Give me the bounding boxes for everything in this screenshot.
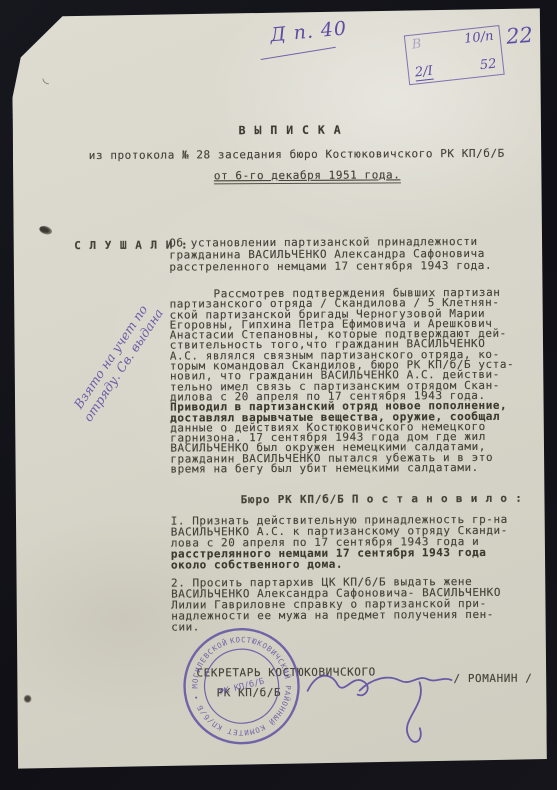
registry-stamp-box: В 10/п 2/I 52 xyxy=(404,25,505,85)
document-title: В Ы П И С К А xyxy=(239,123,342,138)
heard-section-text: Об установлении партизанской принадлежно… xyxy=(169,236,541,275)
case-note-underline-flourish xyxy=(261,47,336,60)
secretary-name: / РОМАНИН / xyxy=(453,672,532,685)
document-date-line: от 6-го декабря 1951 года. xyxy=(214,168,401,184)
registry-box-row-bottom: 2/I 52 xyxy=(414,57,497,82)
stamp-center-text: РК КП/б/Б xyxy=(218,676,265,698)
paper-scuff-mark xyxy=(40,70,57,87)
signature-stroke-3 xyxy=(407,682,422,742)
registry-box-row-top: В 10/п xyxy=(411,29,494,53)
document-page: Д п. 40 В 10/п 2/I 52 22 Взято на учет п… xyxy=(12,8,547,770)
resolution-heading: Бюро РК КП/б/Б П о с т а н о в и л о : xyxy=(241,492,523,506)
resolution-item-1-part1: I. Признать действительную принадлежност… xyxy=(171,514,551,549)
body-paragraph-part3: данные о действиях Костюковичского немец… xyxy=(170,421,542,474)
paper-hole-mark xyxy=(24,694,32,703)
resolution-item-1-part2: расстрелянного немцами 17 сентября 1943 … xyxy=(171,547,551,571)
paper-tear-mark xyxy=(38,224,53,236)
body-paragraph: Рассмотрев подтверждения бывших партизан… xyxy=(169,288,542,475)
registry-bottom-left: 2/I xyxy=(414,64,433,82)
signature-stroke-2 xyxy=(360,677,452,690)
margin-handwriting: Взято на учет по отряду. Св. выдана xyxy=(45,264,189,459)
handwritten-case-note: Д п. 40 xyxy=(269,17,348,46)
registry-top-left: В xyxy=(411,37,422,53)
handwritten-number-22: 22 xyxy=(505,23,533,49)
document-subtitle: из протокола № 28 заседания бюро Костюко… xyxy=(89,147,505,162)
registry-top-right: 10/п xyxy=(463,29,494,47)
body-paragraph-part1: Рассмотрев подтверждения бывших партизан… xyxy=(169,288,542,403)
signature-stroke-1 xyxy=(308,675,368,695)
signature-ink xyxy=(301,658,462,759)
resolution-item-1: I. Признать действительную принадлежност… xyxy=(171,514,551,571)
registry-bottom-right: 52 xyxy=(479,57,497,75)
